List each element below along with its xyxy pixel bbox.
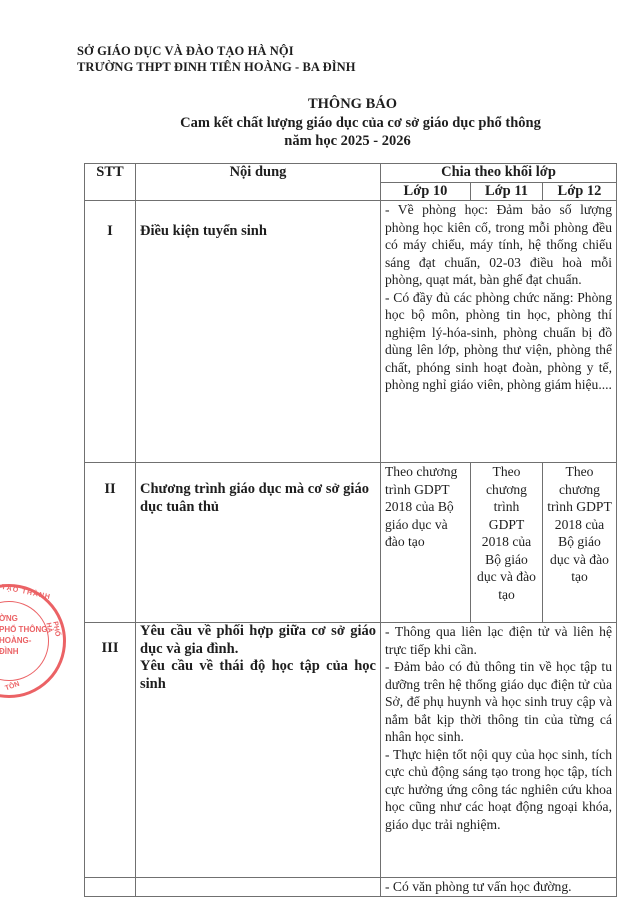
detail-paragraph: - Đảm bảo có đủ thông tin về học tập tu … xyxy=(385,658,612,746)
header-stt: STT xyxy=(85,164,136,201)
content-line: Yêu cầu về thái độ học tập của học sinh xyxy=(140,658,376,693)
header-grade-10: Lớp 10 xyxy=(381,182,471,201)
seal-line: ỜNG xyxy=(0,613,59,624)
row-stt: I xyxy=(85,201,136,463)
document-subtitle: Cam kết chất lượng giáo dục của cơ sở gi… xyxy=(0,115,643,132)
detail-paragraph: - Có văn phòng tư vấn học đường. xyxy=(385,878,612,896)
table-header-row: STT Nội dung Chia theo khối lớp xyxy=(85,164,617,183)
grade-11-cell: Theo chương trình GDPT 2018 của Bộ giáo … xyxy=(471,463,543,623)
header-content: Nội dung xyxy=(136,164,381,201)
table-row: - Có văn phòng tư vấn học đường. xyxy=(85,878,617,897)
school-name: TRƯỜNG THPT ĐINH TIÊN HOÀNG - BA ĐÌNH xyxy=(77,60,356,75)
seal-line: PHỔ THÔNG xyxy=(0,624,59,635)
table-row: II Chương trình giáo dục mà cơ sở giáo d… xyxy=(85,463,617,623)
row-content xyxy=(136,878,381,897)
row-detail: - Thông qua liên lạc điện tử và liên hệ … xyxy=(381,623,617,878)
row-stt: III xyxy=(85,623,136,878)
row-stt: II xyxy=(85,463,136,623)
detail-paragraph: - Thực hiện tốt nội quy của học sinh, tí… xyxy=(385,746,612,834)
document-title: THÔNG BÁO xyxy=(0,96,643,113)
row-detail: - Về phòng học: Đảm bảo số lượng phòng h… xyxy=(381,201,617,463)
table-row: III Yêu cầu về phối hợp giữa cơ sở giáo … xyxy=(85,623,617,878)
seal-ring-text-bottom: TÔN xyxy=(4,681,20,693)
header-grade-12: Lớp 12 xyxy=(543,182,617,201)
school-year: năm học 2025 - 2026 xyxy=(0,133,643,150)
detail-paragraph: - Về phòng học: Đảm bảo số lượng phòng h… xyxy=(385,201,612,289)
header-grade-group: Chia theo khối lớp xyxy=(381,164,617,183)
seal-line: ĐÌNH xyxy=(0,646,59,657)
row-detail: - Có văn phòng tư vấn học đường. xyxy=(381,878,617,897)
agency-name: SỞ GIÁO DỤC VÀ ĐÀO TẠO HÀ NỘI xyxy=(77,44,294,59)
commitment-table: STT Nội dung Chia theo khối lớp Lớp 10 L… xyxy=(84,163,617,897)
seal-ring-text-top: TẠO THÀNH xyxy=(1,584,52,601)
row-content: Chương trình giáo dục mà cơ sở giáo dục … xyxy=(136,463,381,623)
grade-12-cell: Theo chương trình GDPT 2018 của Bộ giáo … xyxy=(543,463,617,623)
row-stt xyxy=(85,878,136,897)
row-content: Yêu cầu về phối hợp giữa cơ sở giáo dục … xyxy=(136,623,381,878)
seal-center-text: ỜNG PHỔ THÔNG HOÀNG- ĐÌNH xyxy=(0,613,59,657)
seal-line: HOÀNG- xyxy=(0,635,59,646)
grade-10-cell: Theo chương trình GDPT 2018 của Bộ giáo … xyxy=(381,463,471,623)
detail-paragraph: - Thông qua liên lạc điện tử và liên hệ … xyxy=(385,623,612,658)
detail-paragraph: - Có đầy đủ các phòng chức năng: Phòng h… xyxy=(385,289,612,394)
official-seal-icon: TẠO THÀNH PHỐ HÀ TÔN ỜNG PHỔ THÔNG HOÀNG… xyxy=(0,584,66,698)
content-line: Yêu cầu về phối hợp giữa cơ sở giáo dục … xyxy=(140,623,376,658)
row-content: Điều kiện tuyển sinh xyxy=(136,201,381,463)
table-row: I Điều kiện tuyển sinh - Về phòng học: Đ… xyxy=(85,201,617,463)
header-grade-11: Lớp 11 xyxy=(471,182,543,201)
